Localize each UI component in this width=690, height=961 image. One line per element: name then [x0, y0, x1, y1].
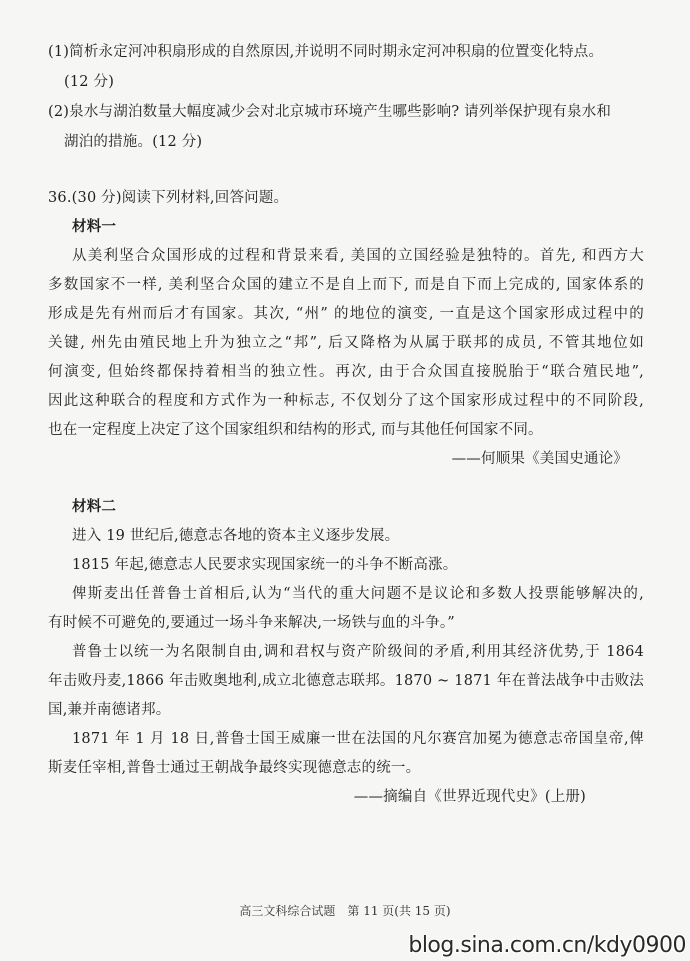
- material-2-title: 材料二: [72, 495, 116, 516]
- material-2-line: 普鲁士以统一为名限制自由,调和君权与资产阶级间的矛盾,利用其经济优势,于 186…: [72, 640, 644, 661]
- question-1-line1: (1)简析永定河冲积扇形成的自然原因,并说明不同时期永定河冲积扇的位置变化特点。: [48, 40, 603, 61]
- material-1-line: 从美利坚合众国形成的过程和背景来看, 美国的立国经验是独特的。首先, 和西方大: [72, 244, 644, 265]
- question-36-header: 36.(30 分)阅读下列材料,回答问题。: [48, 186, 288, 207]
- material-2-source: ——摘编自《世界近现代史》(上册): [48, 785, 586, 806]
- material-1-line: 也在一定程度上决定了这个国家组织和结构的形式, 而与其他任何国家不同。: [48, 418, 543, 439]
- material-2-line: 俾斯麦出任普鲁士首相后,认为“当代的重大问题不是议论和多数人投票能够解决的,: [72, 582, 644, 603]
- material-1-line: 多数国家不一样, 美利坚合众国的建立不是自上而下, 而是自下而上完成的, 国家体…: [48, 273, 644, 294]
- material-2-line: 国,兼并南德诸邦。: [48, 698, 170, 719]
- material-2-line: 1815 年起,德意志人民要求实现国家统一的斗争不断高涨。: [72, 553, 457, 574]
- material-1-title: 材料一: [72, 215, 116, 236]
- material-1-line: 关键, 州先由殖民地上升为独立之“邦”, 后又降格为从属于联邦的成员, 不管其地…: [48, 331, 644, 352]
- material-1-line: 因此这种联合的程度和方式作为一种标志, 不仅划分了这个国家形成过程中的不同阶段,: [48, 389, 644, 410]
- question-1-score: (12 分): [64, 70, 114, 91]
- material-2-line: 斯麦任宰相,普鲁士通过王朝战争最终实现德意志的统一。: [48, 756, 420, 777]
- page-footer: 高三文科综合试题 第 11 页(共 15 页): [0, 902, 690, 919]
- material-1-line: 何演变, 但始终都保持着相当的独立性。再次, 由于合众国直接脱胎于“联合殖民地”…: [48, 360, 644, 381]
- material-2-line: 年击败丹麦,1866 年击败奥地利,成立北德意志联邦。1870 ~ 1871 年…: [48, 669, 644, 690]
- material-1-source: ——何顺果《美国史通论》: [48, 447, 628, 468]
- watermark: blog.sina.com.cn/kdy0900: [408, 933, 686, 958]
- material-1-line: 形成是先有州而后才有国家。其次, “州” 的地位的演变, 一直是这个国家形成过程…: [48, 302, 644, 323]
- material-2-line: 进入 19 世纪后,德意志各地的资本主义逐步发展。: [72, 524, 399, 545]
- material-2-line: 1871 年 1 月 18 日,普鲁士国王威廉一世在法国的凡尔赛宫加冕为德意志帝…: [72, 727, 644, 748]
- exam-page: (1)简析永定河冲积扇形成的自然原因,并说明不同时期永定河冲积扇的位置变化特点。…: [0, 0, 690, 961]
- question-2-line1: (2)泉水与湖泊数量大幅度减少会对北京城市环境产生哪些影响? 请列举保护现有泉水…: [48, 100, 611, 121]
- question-2-line2: 湖泊的措施。(12 分): [64, 130, 202, 151]
- material-2-line: 有时候不可避免的,要通过一场斗争来解决,一场铁与血的斗争。”: [48, 611, 455, 632]
